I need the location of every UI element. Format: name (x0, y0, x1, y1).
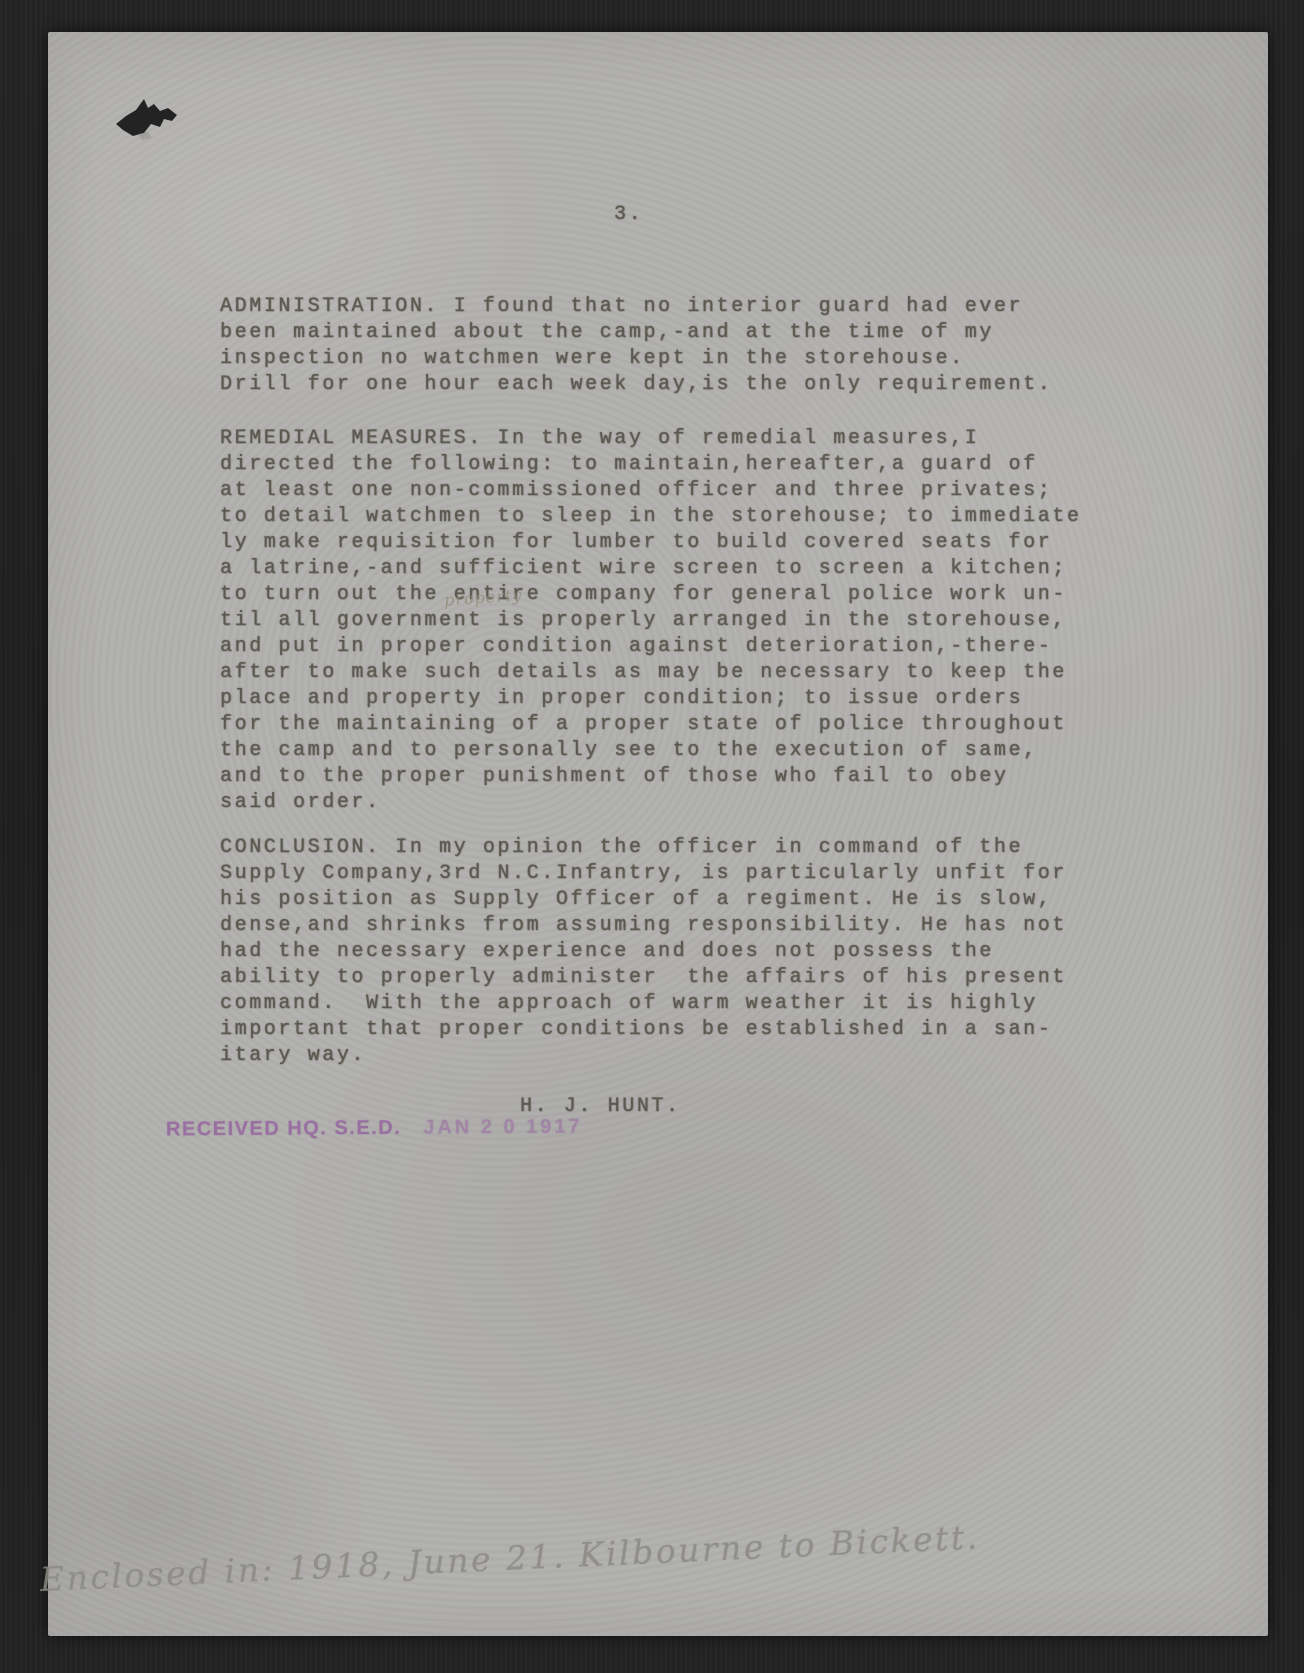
document-page: 3. ADMINISTRATION. I found that no inter… (48, 32, 1268, 1636)
page-number: 3. (614, 202, 643, 228)
scan-background: 3. ADMINISTRATION. I found that no inter… (0, 0, 1304, 1673)
received-stamp-date: JAN 2 0 1917 (423, 1116, 583, 1140)
paragraph-administration: ADMINISTRATION. I found that no interior… (220, 294, 1052, 398)
handwritten-archival-note: Enclosed in: 1918, June 21. Kilbourne to… (39, 1513, 1070, 1599)
ink-blot-hole (114, 96, 180, 142)
received-stamp: RECEIVED HQ. S.E.D. JAN 2 0 1917 (166, 1116, 583, 1142)
received-stamp-text: RECEIVED HQ. S.E.D. (166, 1117, 401, 1142)
paragraph-remedial-measures: REMEDIAL MEASURES. In the way of remedia… (220, 426, 1082, 816)
paragraph-conclusion: CONCLUSION. In my opinion the officer in… (220, 835, 1067, 1069)
